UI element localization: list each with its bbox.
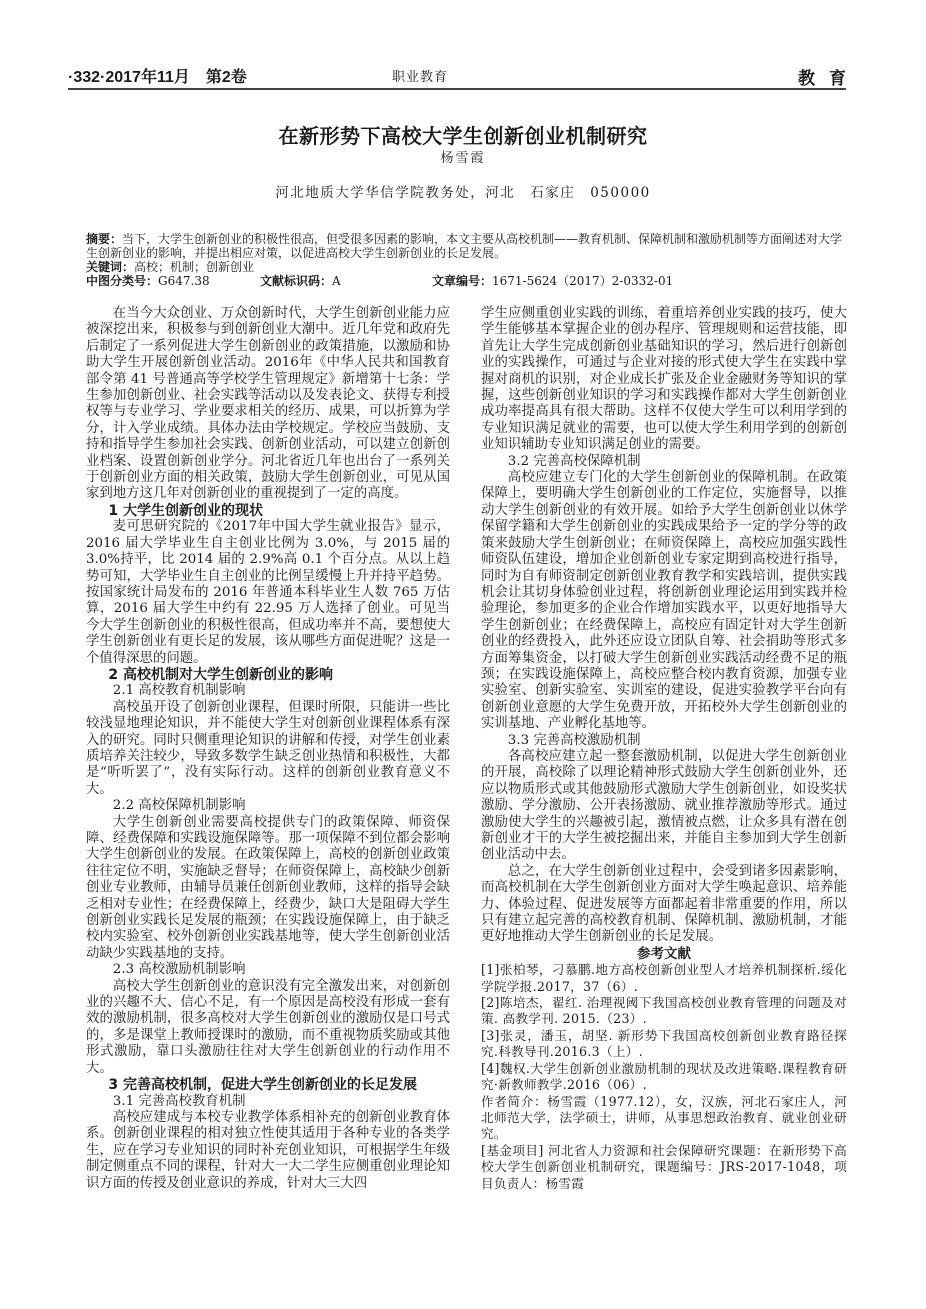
abstract-text: 当下，大学生创新创业的积极性很高，但受很多因素的影响，本文主要从高校机制——教育… <box>86 232 842 260</box>
article-meta: 摘要：当下，大学生创新创业的积极性很高，但受很多因素的影响，本文主要从高校机制—… <box>86 232 848 288</box>
right-column: 学生应侧重创业实践的训练，着重培养创业实践的技巧，使大学生能够基本掌握企业的创办… <box>481 306 847 1192</box>
author-bio: 作者简介：杨雪霞（1977.12），女，汉族，河北石家庄人，河北师范大学，法学硕… <box>481 1094 847 1143</box>
clc-value: G647.38 <box>158 274 210 288</box>
article-no-label: 文章编号： <box>432 274 492 288</box>
section-3-1-text-a: 高校应建成与本校专业教学体系相补充的创新创业教育体系。创新创业课程的相对独立性使… <box>86 1110 450 1192</box>
section-3-1-text-b: 学生应侧重创业实践的训练，着重培养创业实践的技巧，使大学生能够基本掌握企业的创办… <box>481 306 847 454</box>
article-title: 在新形势下高校大学生创新创业机制研究 <box>0 120 926 149</box>
section-2-heading: 2 高校机制对大学生创新创业的影响 <box>86 667 450 683</box>
intro-paragraph: 在当今大众创业、万众创新时代，大学生创新创业能力应被深挖出来，积极参与到创新创业… <box>86 306 450 503</box>
journal-name: 职业教育 <box>392 66 448 85</box>
header-rule <box>68 88 846 90</box>
abstract-label: 摘要： <box>86 232 122 246</box>
section-name: 教育 <box>798 64 860 89</box>
section-3-heading: 3 完善高校机制，促进大学生创新创业的长足发展 <box>86 1077 450 1093</box>
section-2-2-text: 大学生创新创业需要高校提供专门的政策保障、师资保障、经费保障和实践设施保障等。那… <box>86 815 450 963</box>
doc-code-value: A <box>332 274 341 288</box>
reference-item: [2]陈培杰，翟红. 治理视阈下我国高校创业教育管理的问题及对策. 高教学刊. … <box>481 995 847 1028</box>
keywords-text: 高校；机制；创新创业 <box>134 260 254 274</box>
section-2-3-text: 高校大学生创新创业的意识没有完全激发出来，对创新创业的兴趣不大、信心不足，有一个… <box>86 979 450 1077</box>
article-author: 杨雪霞 <box>0 147 926 166</box>
section-2-1-text: 高校虽开设了创新创业课程，但课时所限，只能讲一些比较浅显地理论知识，并不能使大学… <box>86 700 450 798</box>
section-3-3-text: 各高校应建立起一整套激励机制，以促进大学生创新创业的开展，高校除了以理论精神形式… <box>481 749 847 864</box>
classification-row: 中图分类号：G647.38文献标识码：A文章编号：1671-5624（2017）… <box>86 274 848 288</box>
section-3-1-heading: 3.1 完善高校教育机制 <box>86 1094 450 1110</box>
section-1-text: 麦可思研究院的《2017年中国大学生就业报告》显示，2016 届大学毕业生自主创… <box>86 519 450 667</box>
left-column: 在当今大众创业、万众创新时代，大学生创新创业能力应被深挖出来，积极参与到创新创业… <box>86 306 450 1192</box>
reference-item: [3]张灵，潘玉，胡坚. 新形势下我国高校创新创业教育路径探究.科教导刊.201… <box>481 1028 847 1061</box>
section-3-2-heading: 3.2 完善高校保障机制 <box>481 454 847 470</box>
conclusion-text: 总之，在大学生创新创业过程中，会受到诸多因素影响，而高校机制在大学生创新创业方面… <box>481 864 847 946</box>
article-no-value: 1671-5624（2017）2-0332-01 <box>492 274 673 288</box>
abstract: 摘要：当下，大学生创新创业的积极性很高，但受很多因素的影响，本文主要从高校机制—… <box>86 232 848 260</box>
keywords-label: 关键词： <box>86 260 134 274</box>
keywords: 关键词：高校；机制；创新创业 <box>86 260 848 274</box>
author-affiliation: 河北地质大学华信学院教务处，河北 石家庄 050000 <box>0 181 926 201</box>
doc-code-label: 文献标识码： <box>260 274 332 288</box>
section-1-heading: 1 大学生创新创业的现状 <box>86 503 450 519</box>
references-heading: 参考文献 <box>481 946 847 962</box>
fund-note: [基金项目] 河北省人力资源和社会保障研究课题：在新形势下高校大学生创新创业机制… <box>481 1143 847 1192</box>
running-header: ·332·2017年11月 第2卷 职业教育 教育 <box>68 64 846 88</box>
clc-label: 中图分类号： <box>86 274 158 288</box>
section-3-3-heading: 3.3 完善高校激励机制 <box>481 733 847 749</box>
section-3-2-text: 高校应建立专门化的大学生创新创业的保障机制。在政策保障上，要明确大学生创新创业的… <box>481 470 847 733</box>
section-2-1-heading: 2.1 高校教育机制影响 <box>86 683 450 699</box>
section-2-3-heading: 2.3 高校激励机制影响 <box>86 962 450 978</box>
reference-item: [4]魏权.大学生创新创业激励机制的现状及改进策略.课程教育研究·新教师教学.2… <box>481 1061 847 1094</box>
reference-item: [1]张柏琴，刁慕鹏.地方高校创新创业型人才培养机制探析.绥化学院学报.2017… <box>481 962 847 995</box>
page-info: ·332·2017年11月 第2卷 <box>68 64 247 87</box>
section-2-2-heading: 2.2 高校保障机制影响 <box>86 798 450 814</box>
